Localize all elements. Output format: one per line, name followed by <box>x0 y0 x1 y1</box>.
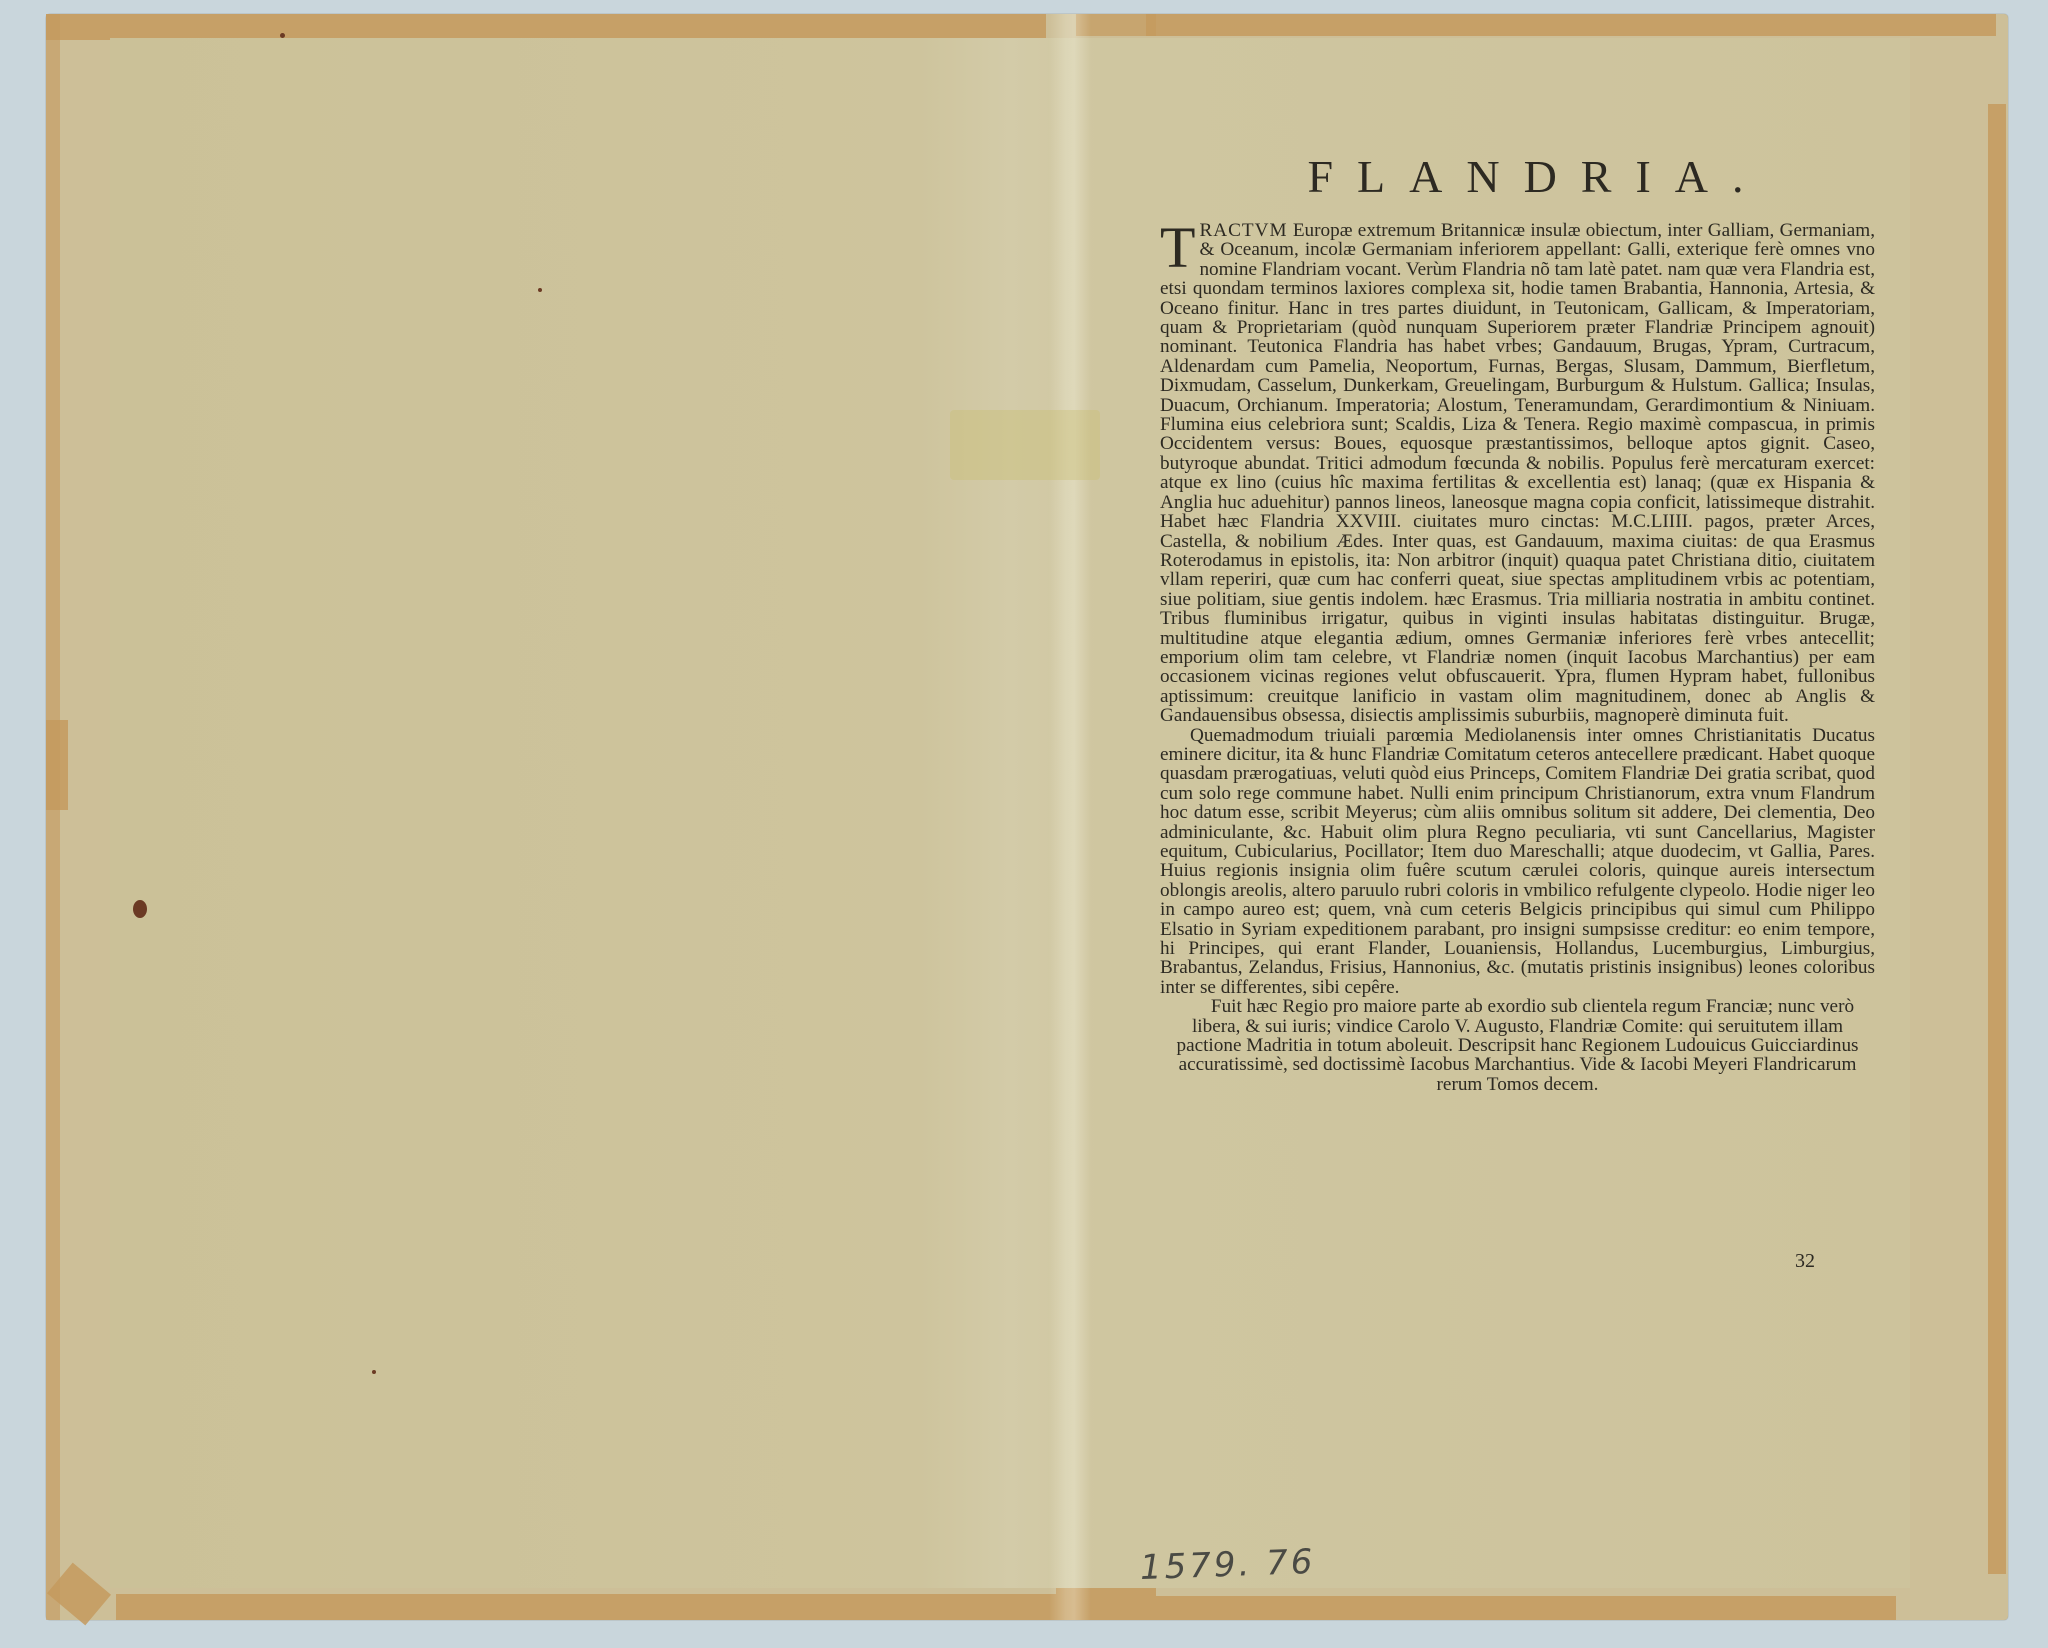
page-title: FLANDRIA. <box>1200 150 1875 203</box>
tape-top-left <box>46 14 1046 40</box>
drop-cap: T <box>1160 225 1195 271</box>
paper-stain <box>950 410 1100 480</box>
tape-left-patch <box>46 720 68 810</box>
tape-bottom-left <box>116 1594 1056 1620</box>
text-block: FLANDRIA. TRACTVM Europæ extremum Britan… <box>1160 150 1875 1094</box>
tape-right <box>1988 104 2006 1574</box>
paragraph-1: TRACTVM Europæ extremum Britannicæ insul… <box>1160 221 1875 726</box>
ink-spot <box>133 900 147 918</box>
paragraph-1-text: Europæ extremum Britannicæ insulæ obiect… <box>1160 220 1875 726</box>
tape-left <box>46 14 60 1620</box>
foxing-spot <box>372 1370 376 1374</box>
handwritten-note: 1579. 76 <box>1139 1542 1316 1588</box>
first-words: RACTVM <box>1199 220 1287 241</box>
center-fold <box>1049 14 1091 1620</box>
tape-bottom-right <box>1156 1596 1896 1620</box>
paragraph-3: Fuit hæc Regio pro maiore parte ab exord… <box>1160 997 1875 1094</box>
page-number: 32 <box>1795 1250 1815 1273</box>
paragraph-2: Quemadmodum triuiali parœmia Mediolanens… <box>1160 726 1875 998</box>
tape-top-right <box>1146 14 1996 36</box>
foxing-spot <box>538 288 542 292</box>
foxing-spot <box>280 33 285 38</box>
